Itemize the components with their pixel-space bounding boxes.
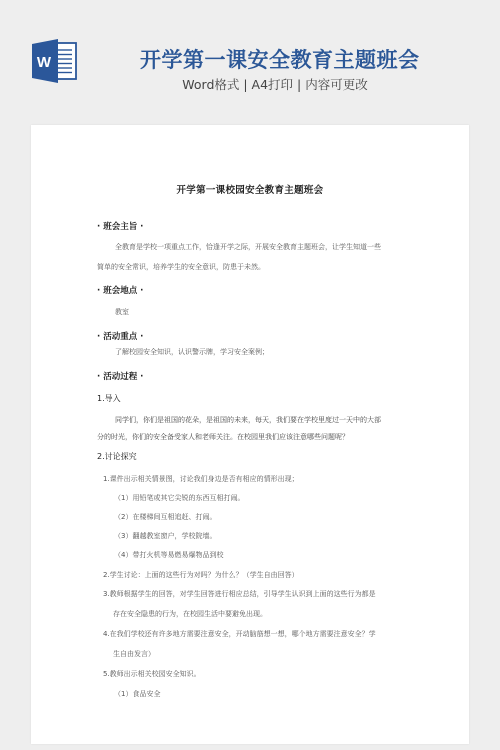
discussion-item: （4）带打火机等易燃易爆物品到校 — [114, 550, 223, 560]
section-heading-process: · 活动过程 · — [97, 370, 143, 382]
svg-text:W: W — [37, 54, 52, 71]
purpose-text-line-2: 简单的安全常识，培养学生的安全意识，防患于未然。 — [97, 262, 265, 272]
intro-text-line-1: 同学们，你们是祖国的花朵，是祖国的未来，每天，我们要在学校里度过一天中的大部 — [115, 415, 381, 425]
document-title: 开学第一课校园安全教育主题班会 — [31, 182, 469, 196]
location-text: 教室 — [115, 307, 129, 317]
banner-subtitle: Word格式 | A4打印 | 内容可更改 — [140, 75, 410, 93]
discussion-item: 5.教师出示相关校园安全知识。 — [103, 669, 201, 679]
purpose-text-line-1: 全教育是学校一项重点工作，恰逢开学之际，开展安全教育主题班会，让学生知道一些 — [115, 242, 381, 252]
word-icon: W — [31, 39, 77, 83]
discussion-item: 生自由发言） — [113, 649, 155, 659]
discussion-item: （2）在楼梯间互相追赶、打闹。 — [114, 512, 216, 522]
intro-text-line-2: 分的时光，你们的安全备受家人和老师关注。在校园里我们应该注意哪些问题呢？ — [97, 432, 349, 442]
discussion-item: 3.教师根据学生的回答，对学生回答进行相应总结，引导学生认识到上面的这些行为都是 — [103, 589, 376, 599]
document-page: 开学第一课校园安全教育主题班会 · 班会主旨 · 全教育是学校一项重点工作，恰逢… — [31, 125, 469, 744]
discussion-item: 存在安全隐患的行为，在校园生活中要避免出现。 — [113, 609, 267, 619]
discussion-item: （3）翻越教室窗户，学校院墙。 — [114, 531, 216, 541]
header-banner: W 开学第一课安全教育主题班会 Word格式 | A4打印 | 内容可更改 — [0, 0, 500, 110]
discussion-item: 1.课件出示相关情景图，讨论我们身边是否有相应的情形出现； — [103, 474, 299, 484]
discussion-item: （1）用铅笔或其它尖锐的东西互相打闹。 — [114, 493, 244, 503]
subheading-discussion: 2.讨论探究 — [97, 451, 137, 462]
section-heading-purpose: · 班会主旨 · — [97, 220, 143, 232]
section-heading-focus: · 活动重点 · — [97, 330, 143, 342]
focus-text: 了解校园安全知识，认识警示牌，学习安全案例； — [115, 347, 269, 357]
discussion-item: 4.在我们学校还有许多地方需要注意安全，开动脑筋想一想，哪个地方需要注意安全？学 — [103, 629, 376, 639]
section-heading-location: · 班会地点 · — [97, 284, 143, 296]
subheading-intro: 1.导入 — [97, 393, 121, 404]
discussion-item: （1）食品安全 — [114, 689, 160, 699]
discussion-item: 2.学生讨论：上面的这些行为对吗？为什么？（学生自由回答） — [103, 570, 299, 580]
banner-title: 开学第一课安全教育主题班会 — [140, 44, 410, 74]
